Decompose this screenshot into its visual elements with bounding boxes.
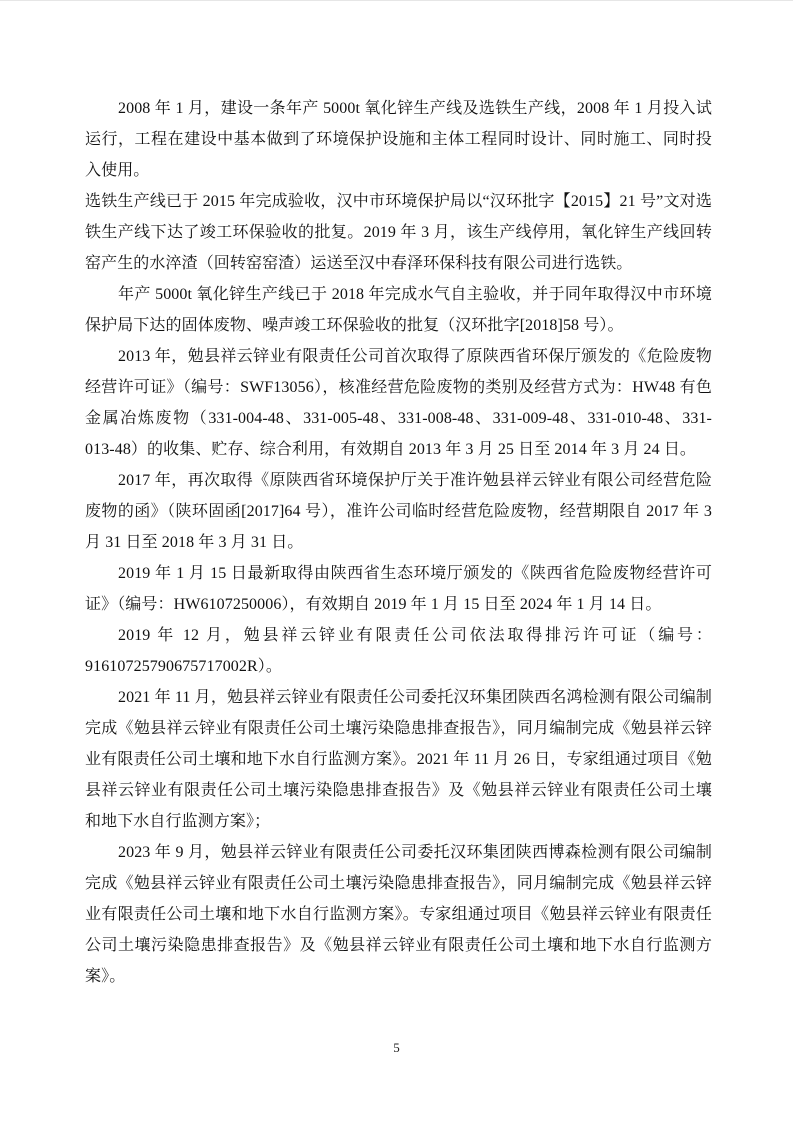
paragraph-2019-hazwaste-license: 2019 年 1 月 15 日最新取得由陕西省生态环境厅颁发的《陕西省危险废物经… [85, 558, 712, 620]
paragraph-iron-line-acceptance: 选铁生产线已于 2015 年完成验收，汉中市环境保护局以“汉环批字【2015】2… [85, 186, 712, 279]
paragraph-2019-pollution-permit: 2019 年 12 月，勉县祥云锌业有限责任公司依法取得排污许可证（编号：916… [85, 620, 712, 682]
paragraph-2017-hazwaste-approval: 2017 年，再次取得《原陕西省环境保护厅关于准许勉县祥云锌业有限公司经营危险废… [85, 465, 712, 558]
document-body: 2008 年 1 月，建设一条年产 5000t 氧化锌生产线及选铁生产线，200… [85, 93, 712, 992]
page-number: 5 [0, 1039, 793, 1057]
document-page: 2008 年 1 月，建设一条年产 5000t 氧化锌生产线及选铁生产线，200… [0, 1, 793, 1122]
paragraph-2008-production-line: 2008 年 1 月，建设一条年产 5000t 氧化锌生产线及选铁生产线，200… [85, 93, 712, 186]
paragraph-2013-hazwaste-license: 2013 年，勉县祥云锌业有限责任公司首次取得了原陕西省环保厅颁发的《危险废物经… [85, 341, 712, 465]
paragraph-2023-soil-reports: 2023 年 9 月，勉县祥云锌业有限责任公司委托汉环集团陕西博森检测有限公司编… [85, 837, 712, 992]
paragraph-2021-soil-reports: 2021 年 11 月，勉县祥云锌业有限责任公司委托汉环集团陕西名鸿检测有限公司… [85, 682, 712, 837]
paragraph-2018-acceptance: 年产 5000t 氧化锌生产线已于 2018 年完成水气自主验收，并于同年取得汉… [85, 279, 712, 341]
